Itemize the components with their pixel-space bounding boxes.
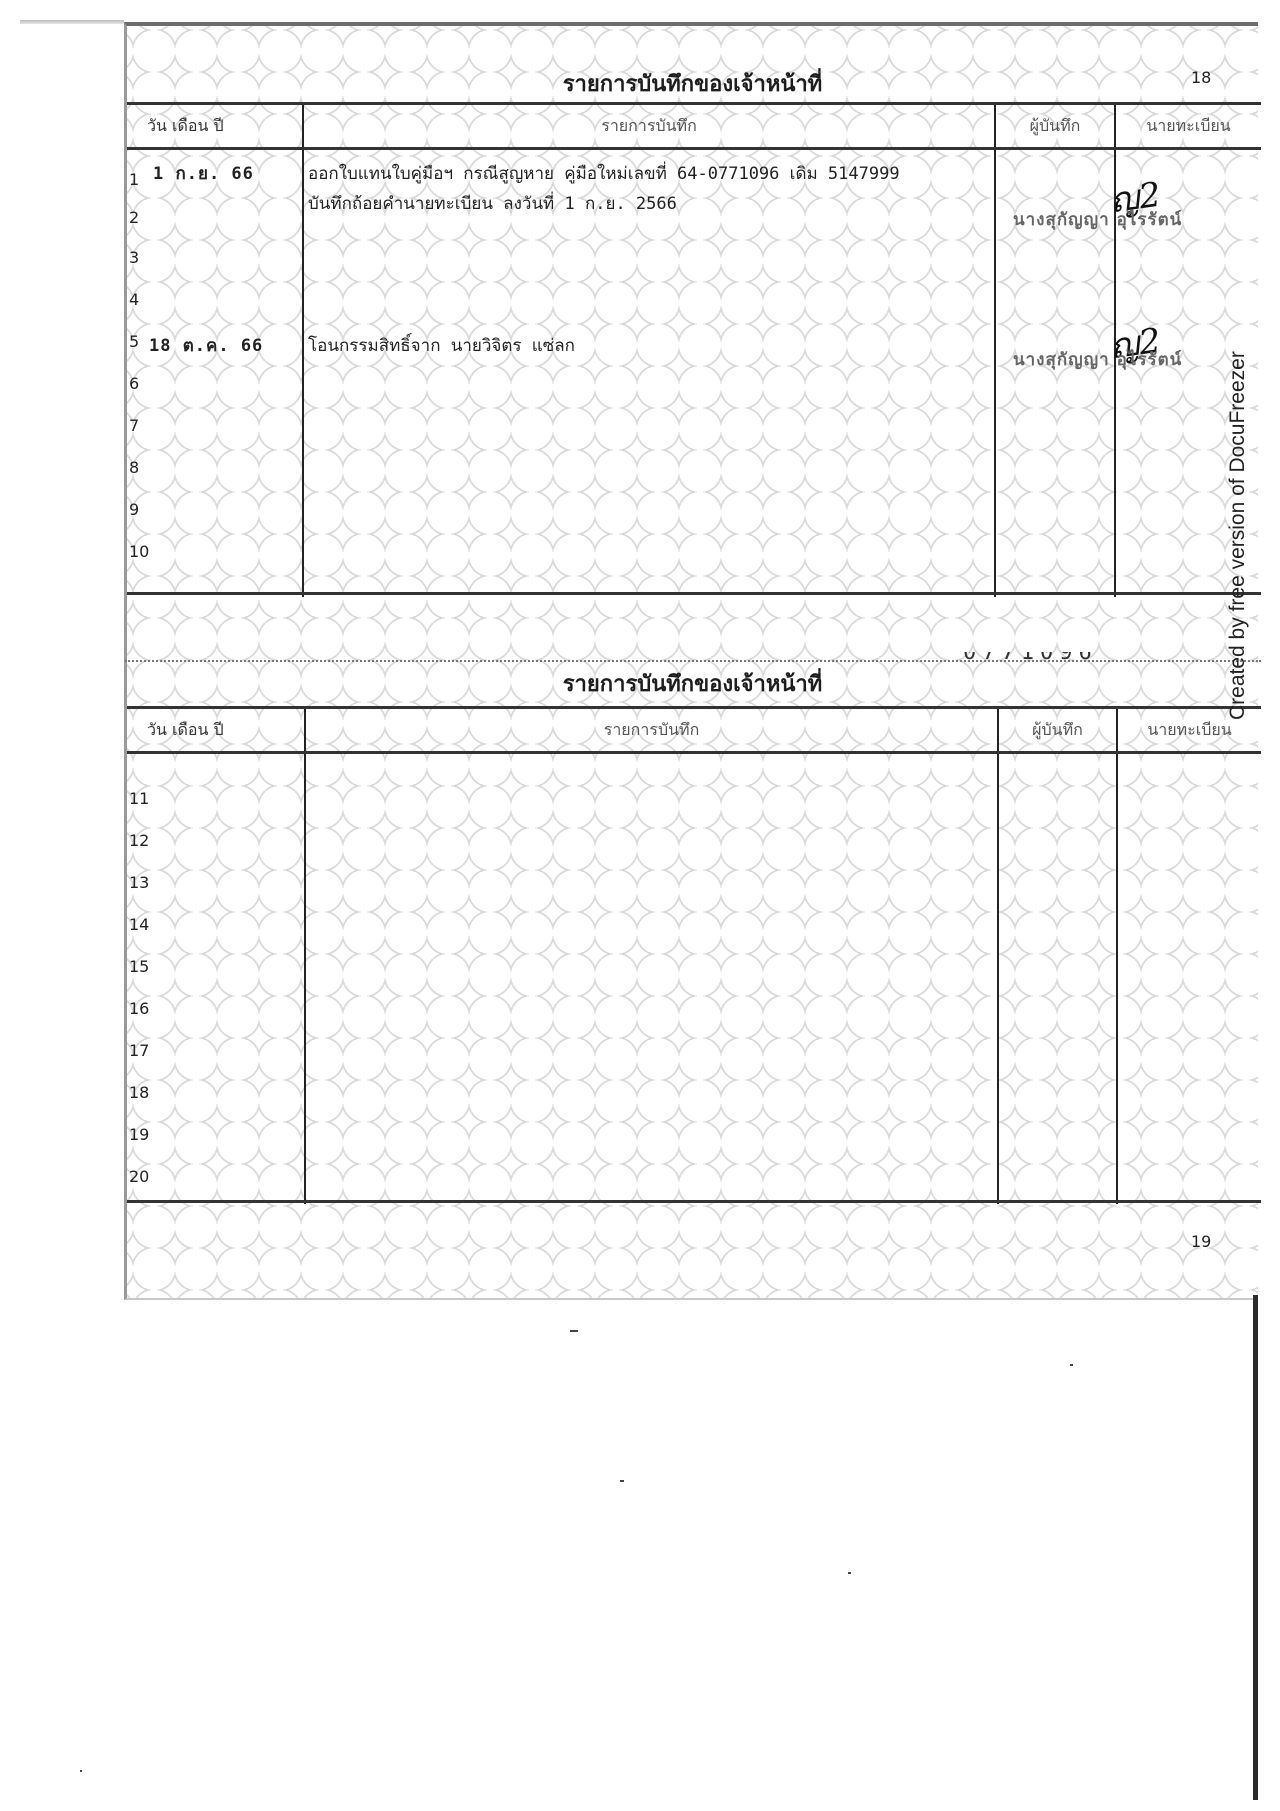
registrar-name-stamp: นางสุกัญญา อุไรรัตน์: [1013, 206, 1182, 233]
column-header-entry: รายการบันทึก: [305, 708, 998, 753]
column-header-date: วัน เดือน ปี: [127, 708, 305, 753]
row-number: 18: [129, 1083, 149, 1102]
row-number: 4: [129, 290, 139, 309]
date-column: 1 2 3 4 5 6 7 8 9 10 1 ก.ย. 66 18 ต.ค. 6…: [127, 149, 303, 598]
scan-speck: [620, 1480, 624, 1482]
entry-text: บันทึกถ้อยคำนายทะเบียน ลงวันที่ 1 ก.ย. 2…: [308, 190, 677, 217]
scan-edge: [20, 20, 124, 24]
scan-speck: [80, 1770, 82, 1772]
entry-date: 18 ต.ค. 66: [149, 332, 263, 359]
cut-off-number: 0771096: [963, 652, 1098, 662]
row-number: 2: [129, 208, 139, 227]
sheet-title-upper: รายการบันทึกของเจ้าหน้าที่: [127, 66, 1258, 101]
registrar-name-stamp: นางสุกัญญา อุไรรัตน์: [1013, 346, 1182, 373]
entry-column: ออกใบแทนใบคู่มือฯ กรณีสูญหาย คู่มือใหม่เ…: [303, 149, 995, 598]
entry-text: ออกใบแทนใบคู่มือฯ กรณีสูญหาย คู่มือใหม่เ…: [308, 160, 900, 187]
scan-shadow-edge: [1253, 1295, 1258, 1800]
row-number: 6: [129, 374, 139, 393]
scan-speck: [570, 1330, 578, 1332]
docufreezer-watermark: Created by free version of DocuFreezer: [1226, 351, 1250, 720]
sheet-title-lower: รายการบันทึกของเจ้าหน้าที่: [127, 666, 1258, 701]
row-number: 13: [129, 873, 149, 892]
scan-speck: [848, 1572, 851, 1574]
row-number: 11: [129, 789, 149, 808]
row-number: 10: [129, 542, 149, 561]
row-number: 3: [129, 248, 139, 267]
entry-date: 1 ก.ย. 66: [153, 160, 254, 187]
entry-text: โอนกรรมสิทธิ์จาก นายวิจิตร แซ่ลก: [308, 332, 575, 359]
row-number: 5: [129, 332, 139, 351]
row-number: 1: [129, 170, 139, 189]
scan-speck: [1070, 1364, 1073, 1366]
row-number: 17: [129, 1041, 149, 1060]
page-number-lower: 19: [1191, 1232, 1211, 1251]
table-bottom-border-lower: [127, 1200, 1261, 1203]
recorder-column: [998, 753, 1117, 1205]
page-number-upper: 18: [1191, 68, 1211, 87]
row-number: 15: [129, 957, 149, 976]
row-number: 7: [129, 416, 139, 435]
date-column: 11 12 13 14 15 16 17 18 19 20: [127, 753, 305, 1205]
row-number: 12: [129, 831, 149, 850]
table-header-row: วัน เดือน ปี รายการบันทึก ผู้บันทึก นายท…: [127, 708, 1261, 753]
row-number: 20: [129, 1167, 149, 1186]
column-header-date: วัน เดือน ปี: [127, 104, 303, 149]
row-number: 8: [129, 458, 139, 477]
table-header-row: วัน เดือน ปี รายการบันทึก ผู้บันทึก นายท…: [127, 104, 1261, 149]
row-number: 9: [129, 500, 139, 519]
column-header-registrar: นายทะเบียน: [1115, 104, 1261, 149]
officer-log-table-lower: วัน เดือน ปี รายการบันทึก ผู้บันทึก นายท…: [127, 706, 1261, 1204]
registration-book-page: รายการบันทึกของเจ้าหน้าที่ 18 วัน เดือน …: [124, 22, 1258, 1300]
row-number: 14: [129, 915, 149, 934]
row-number: 16: [129, 999, 149, 1018]
column-header-entry: รายการบันทึก: [303, 104, 995, 149]
row-number: 19: [129, 1125, 149, 1144]
column-header-recorder: ผู้บันทึก: [998, 708, 1117, 753]
registrar-column: [1117, 753, 1261, 1205]
column-header-recorder: ผู้บันทึก: [995, 104, 1115, 149]
entry-column: [305, 753, 998, 1205]
table-bottom-border-upper: [127, 592, 1261, 595]
